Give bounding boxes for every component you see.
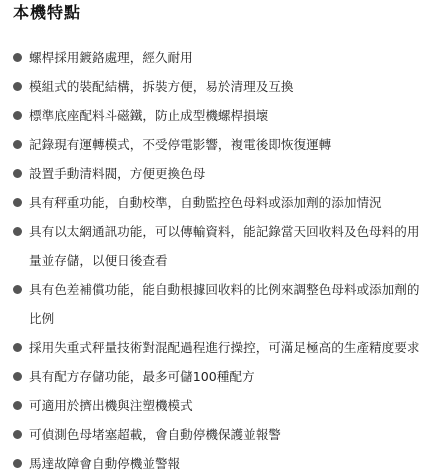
bullet-icon bbox=[13, 343, 22, 352]
bullet-icon bbox=[13, 140, 22, 149]
feature-text: 模組式的裝配結構，拆裝方便，易於清理及互換 bbox=[29, 79, 293, 94]
list-item: 可偵測色母堵塞超載，會自動停機保護並報警 bbox=[0, 420, 430, 449]
feature-text: 記錄現有運轉模式，不受停電影響，複電後即恢復運轉 bbox=[29, 137, 331, 152]
bullet-icon bbox=[13, 401, 22, 410]
feature-text: 螺桿採用鍍鉻處理，經久耐用 bbox=[29, 50, 193, 65]
bullet-icon bbox=[13, 285, 22, 294]
feature-page: 本機特點 螺桿採用鍍鉻處理，經久耐用 模組式的裝配結構，拆裝方便，易於清理及互換… bbox=[0, 0, 430, 473]
feature-text: 具有色差補償功能，能自動根據回收料的比例來調整色母料或添加劑的比例 bbox=[29, 282, 419, 326]
bullet-icon bbox=[13, 459, 22, 468]
list-item: 採用失重式秤量技術對混配過程進行操控，可滿足極高的生產精度要求 bbox=[0, 333, 430, 362]
feature-text: 具有秤重功能，自動校準，自動監控色母料或添加劑的添加情況 bbox=[29, 195, 382, 210]
bullet-icon bbox=[13, 169, 22, 178]
list-item: 具有秤重功能，自動校準，自動監控色母料或添加劑的添加情況 bbox=[0, 188, 430, 217]
feature-list: 螺桿採用鍍鉻處理，經久耐用 模組式的裝配結構，拆裝方便，易於清理及互換 標準底座… bbox=[0, 43, 430, 473]
bullet-icon bbox=[13, 53, 22, 62]
feature-text: 可偵測色母堵塞超載，會自動停機保護並報警 bbox=[29, 427, 281, 442]
bullet-icon bbox=[13, 430, 22, 439]
feature-text: 馬達故障會自動停機並警報 bbox=[29, 456, 180, 471]
list-item: 具有以太網通訊功能，可以傳輸資料，能記錄當天回收料及色母料的用量並存儲，以便日後… bbox=[0, 217, 430, 275]
page-title: 本機特點 bbox=[13, 2, 81, 24]
bullet-icon bbox=[13, 82, 22, 91]
bullet-icon bbox=[13, 198, 22, 207]
bullet-icon bbox=[13, 111, 22, 120]
bullet-icon bbox=[13, 372, 22, 381]
list-item: 具有色差補償功能，能自動根據回收料的比例來調整色母料或添加劑的比例 bbox=[0, 275, 430, 333]
list-item: 記錄現有運轉模式，不受停電影響，複電後即恢復運轉 bbox=[0, 130, 430, 159]
feature-text: 採用失重式秤量技術對混配過程進行操控，可滿足極高的生產精度要求 bbox=[29, 340, 419, 355]
bullet-icon bbox=[13, 227, 22, 236]
list-item: 可適用於擠出機與注塑機模式 bbox=[0, 391, 430, 420]
feature-text: 具有配方存儲功能，最多可儲100種配方 bbox=[29, 369, 255, 384]
feature-text: 可適用於擠出機與注塑機模式 bbox=[29, 398, 193, 413]
list-item: 螺桿採用鍍鉻處理，經久耐用 bbox=[0, 43, 430, 72]
list-item: 設置手動清料閥，方便更換色母 bbox=[0, 159, 430, 188]
list-item: 馬達故障會自動停機並警報 bbox=[0, 449, 430, 473]
feature-text: 設置手動清料閥，方便更換色母 bbox=[29, 166, 205, 181]
list-item: 標準底座配料斗磁鐵，防止成型機螺桿損壞 bbox=[0, 101, 430, 130]
list-item: 具有配方存儲功能，最多可儲100種配方 bbox=[0, 362, 430, 391]
feature-text: 標準底座配料斗磁鐵，防止成型機螺桿損壞 bbox=[29, 108, 268, 123]
list-item: 模組式的裝配結構，拆裝方便，易於清理及互換 bbox=[0, 72, 430, 101]
feature-text: 具有以太網通訊功能，可以傳輸資料，能記錄當天回收料及色母料的用量並存儲，以便日後… bbox=[29, 224, 419, 268]
